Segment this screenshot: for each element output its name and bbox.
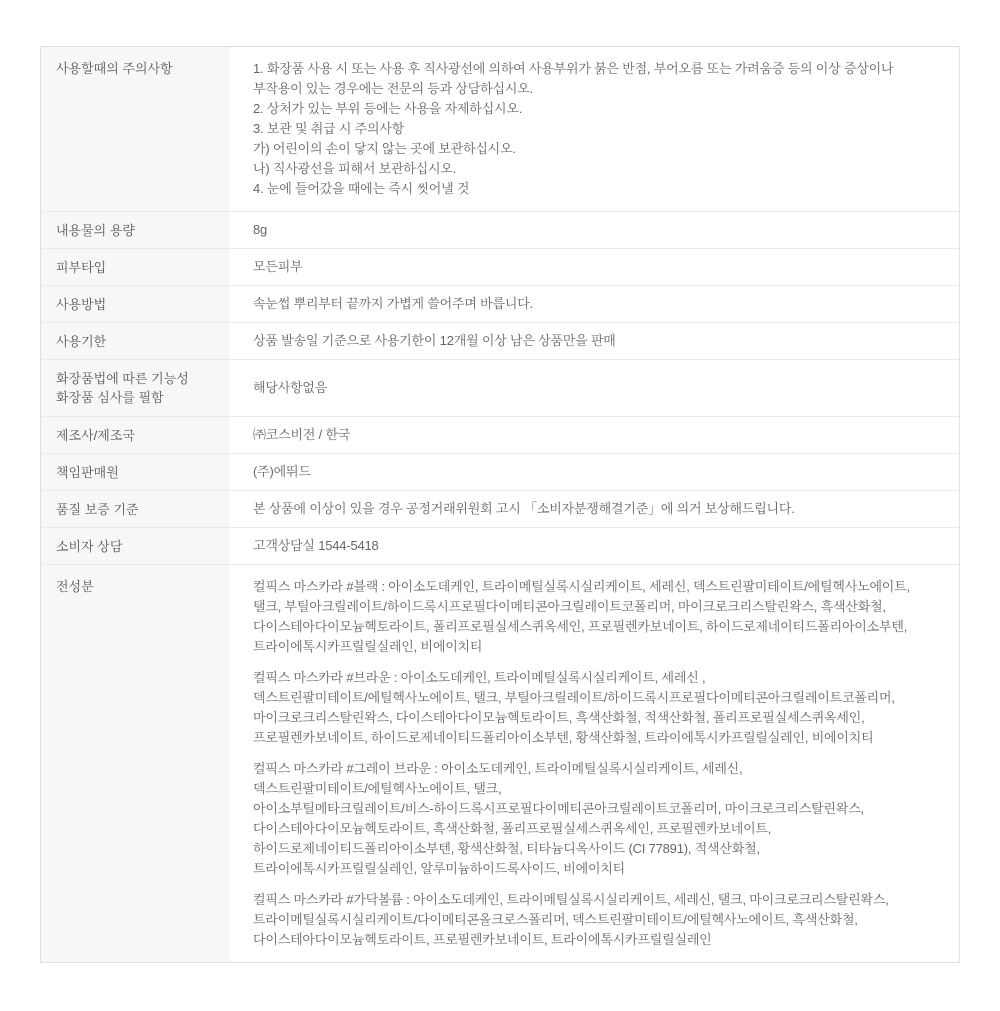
row-label: 사용기한 [41, 323, 230, 359]
row-label: 전성분 [41, 565, 230, 962]
row-label: 제조사/제조국 [41, 417, 230, 453]
table-row-skin-type: 피부타입 모든피부 [41, 249, 959, 286]
row-label: 사용방법 [41, 286, 230, 322]
row-label: 품질 보증 기준 [41, 491, 230, 527]
table-row-expiry: 사용기한 상품 발송일 기준으로 사용기한이 12개월 이상 남은 상품만을 판… [41, 323, 959, 360]
table-row-functional: 화장품법에 따른 기능성 화장품 심사를 필함 해당사항없음 [41, 360, 959, 417]
ingredients-gray-brown: 컬픽스 마스카라 #그레이 브라운 : 아이소도데케인, 트라이메틸실록시실리케… [253, 759, 910, 879]
table-row-distributor: 책임판매원 (주)에뛰드 [41, 454, 959, 491]
row-label: 피부타입 [41, 249, 230, 285]
table-row-warranty: 품질 보증 기준 본 상품에 이상이 있을 경우 공정거래위원회 고시 「소비자… [41, 491, 959, 528]
row-label: 사용할때의 주의사항 [41, 47, 230, 211]
row-label: 소비자 상담 [41, 528, 230, 564]
ingredients-black: 컬픽스 마스카라 #블랙 : 아이소도데케인, 트라이메틸실록시실리케이트, 세… [253, 577, 910, 657]
row-value: 고객상담실 1544-5418 [230, 528, 959, 564]
row-value: 1. 화장품 사용 시 또는 사용 후 직사광선에 의하여 사용부위가 붉은 반… [230, 47, 959, 211]
product-info-table: 사용할때의 주의사항 1. 화장품 사용 시 또는 사용 후 직사광선에 의하여… [40, 46, 960, 963]
table-row-customer-service: 소비자 상담 고객상담실 1544-5418 [41, 528, 959, 565]
row-value: 본 상품에 이상이 있을 경우 공정거래위원회 고시 「소비자분쟁해결기준」에 … [230, 491, 959, 527]
row-value: 모든피부 [230, 249, 959, 285]
row-value: 상품 발송일 기준으로 사용기한이 12개월 이상 남은 상품만을 판매 [230, 323, 959, 359]
row-value: 컬픽스 마스카라 #블랙 : 아이소도데케인, 트라이메틸실록시실리케이트, 세… [230, 565, 959, 962]
row-value: 속눈썹 뿌리부터 끝까지 가볍게 쓸어주며 바릅니다. [230, 286, 959, 322]
table-row-volume: 내용물의 용량 8g [41, 212, 959, 249]
table-row-manufacturer: 제조사/제조국 ㈜코스비전 / 한국 [41, 417, 959, 454]
ingredients-strand-volume: 컬픽스 마스카라 #가닥볼륨 : 아이소도데케인, 트라이메틸실록시실리케이트,… [253, 890, 910, 950]
row-value: (주)에뛰드 [230, 454, 959, 490]
row-label: 내용물의 용량 [41, 212, 230, 248]
row-value: 해당사항없음 [230, 360, 959, 416]
product-detail-page: 사용할때의 주의사항 1. 화장품 사용 시 또는 사용 후 직사광선에 의하여… [0, 0, 1000, 1011]
ingredients-brown: 컬픽스 마스카라 #브라운 : 아이소도데케인, 트라이메틸실록시실리케이트, … [253, 668, 910, 748]
row-label: 화장품법에 따른 기능성 화장품 심사를 필함 [41, 360, 230, 416]
table-row-caution: 사용할때의 주의사항 1. 화장품 사용 시 또는 사용 후 직사광선에 의하여… [41, 47, 959, 212]
row-value: 8g [230, 212, 959, 248]
table-row-usage: 사용방법 속눈썹 뿌리부터 끝까지 가볍게 쓸어주며 바릅니다. [41, 286, 959, 323]
table-row-ingredients: 전성분 컬픽스 마스카라 #블랙 : 아이소도데케인, 트라이메틸실록시실리케이… [41, 565, 959, 962]
row-label: 책임판매원 [41, 454, 230, 490]
row-value: ㈜코스비전 / 한국 [230, 417, 959, 453]
ingredients-paragraphs: 컬픽스 마스카라 #블랙 : 아이소도데케인, 트라이메틸실록시실리케이트, 세… [253, 577, 910, 950]
